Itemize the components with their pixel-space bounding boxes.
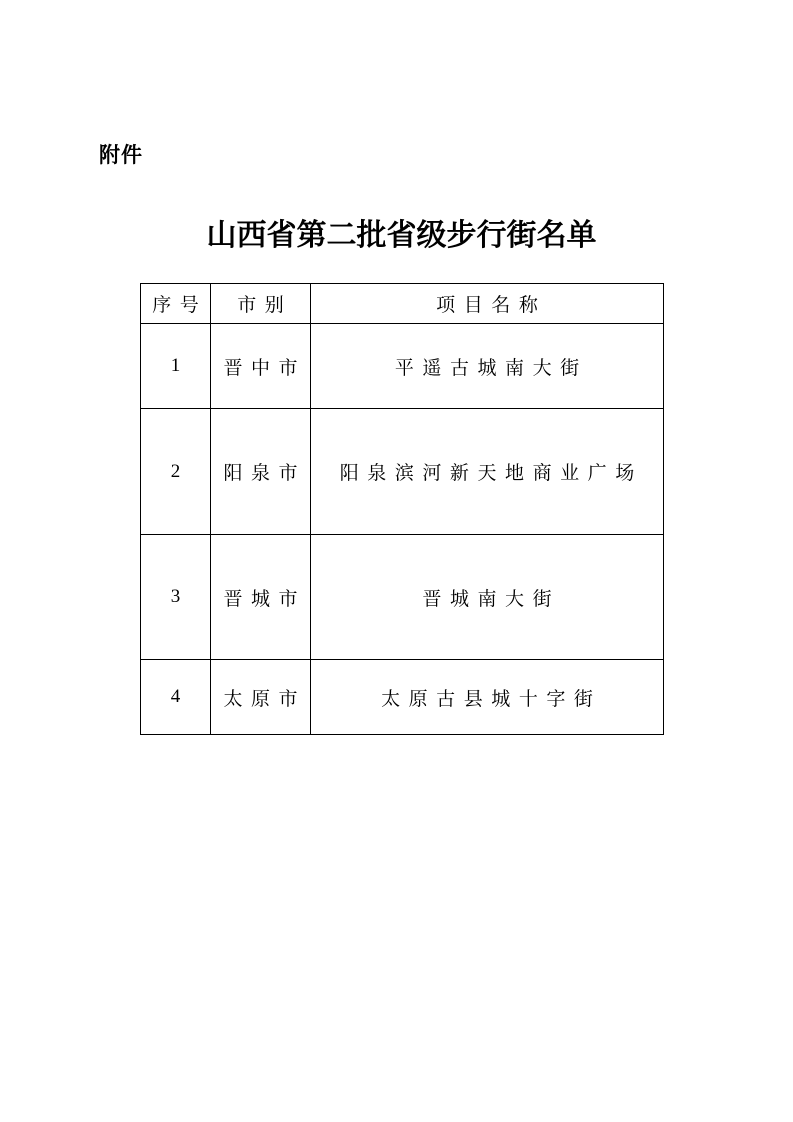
table-row: 1 晋中市 平遥古城南大街	[141, 324, 664, 409]
cell-number: 2	[141, 409, 211, 535]
pedestrian-street-table: 序号 市别 项目名称 1 晋中市 平遥古城南大街 2 阳泉市 阳泉滨河新天地商业…	[140, 283, 664, 735]
cell-project: 晋城南大街	[311, 535, 664, 660]
cell-project: 阳泉滨河新天地商业广场	[311, 409, 664, 535]
cell-number: 4	[141, 660, 211, 735]
cell-city: 晋城市	[211, 535, 311, 660]
table-header-row: 序号 市别 项目名称	[141, 284, 664, 324]
cell-number: 1	[141, 324, 211, 409]
cell-city: 阳泉市	[211, 409, 311, 535]
cell-project: 太原古县城十字街	[311, 660, 664, 735]
cell-city: 晋中市	[211, 324, 311, 409]
col-header-number: 序号	[141, 284, 211, 324]
col-header-city: 市别	[211, 284, 311, 324]
document-page: 附件 山西省第二批省级步行街名单 序号 市别 项目名称 1 晋中市 平遥古城南大…	[0, 0, 793, 1122]
cell-city: 太原市	[211, 660, 311, 735]
col-header-project: 项目名称	[311, 284, 664, 324]
table-row: 3 晋城市 晋城南大街	[141, 535, 664, 660]
table-row: 2 阳泉市 阳泉滨河新天地商业广场	[141, 409, 664, 535]
cell-project: 平遥古城南大街	[311, 324, 664, 409]
cell-number: 3	[141, 535, 211, 660]
document-title: 山西省第二批省级步行街名单	[140, 219, 663, 252]
attachment-label: 附件	[99, 144, 143, 167]
table-row: 4 太原市 太原古县城十字街	[141, 660, 664, 735]
